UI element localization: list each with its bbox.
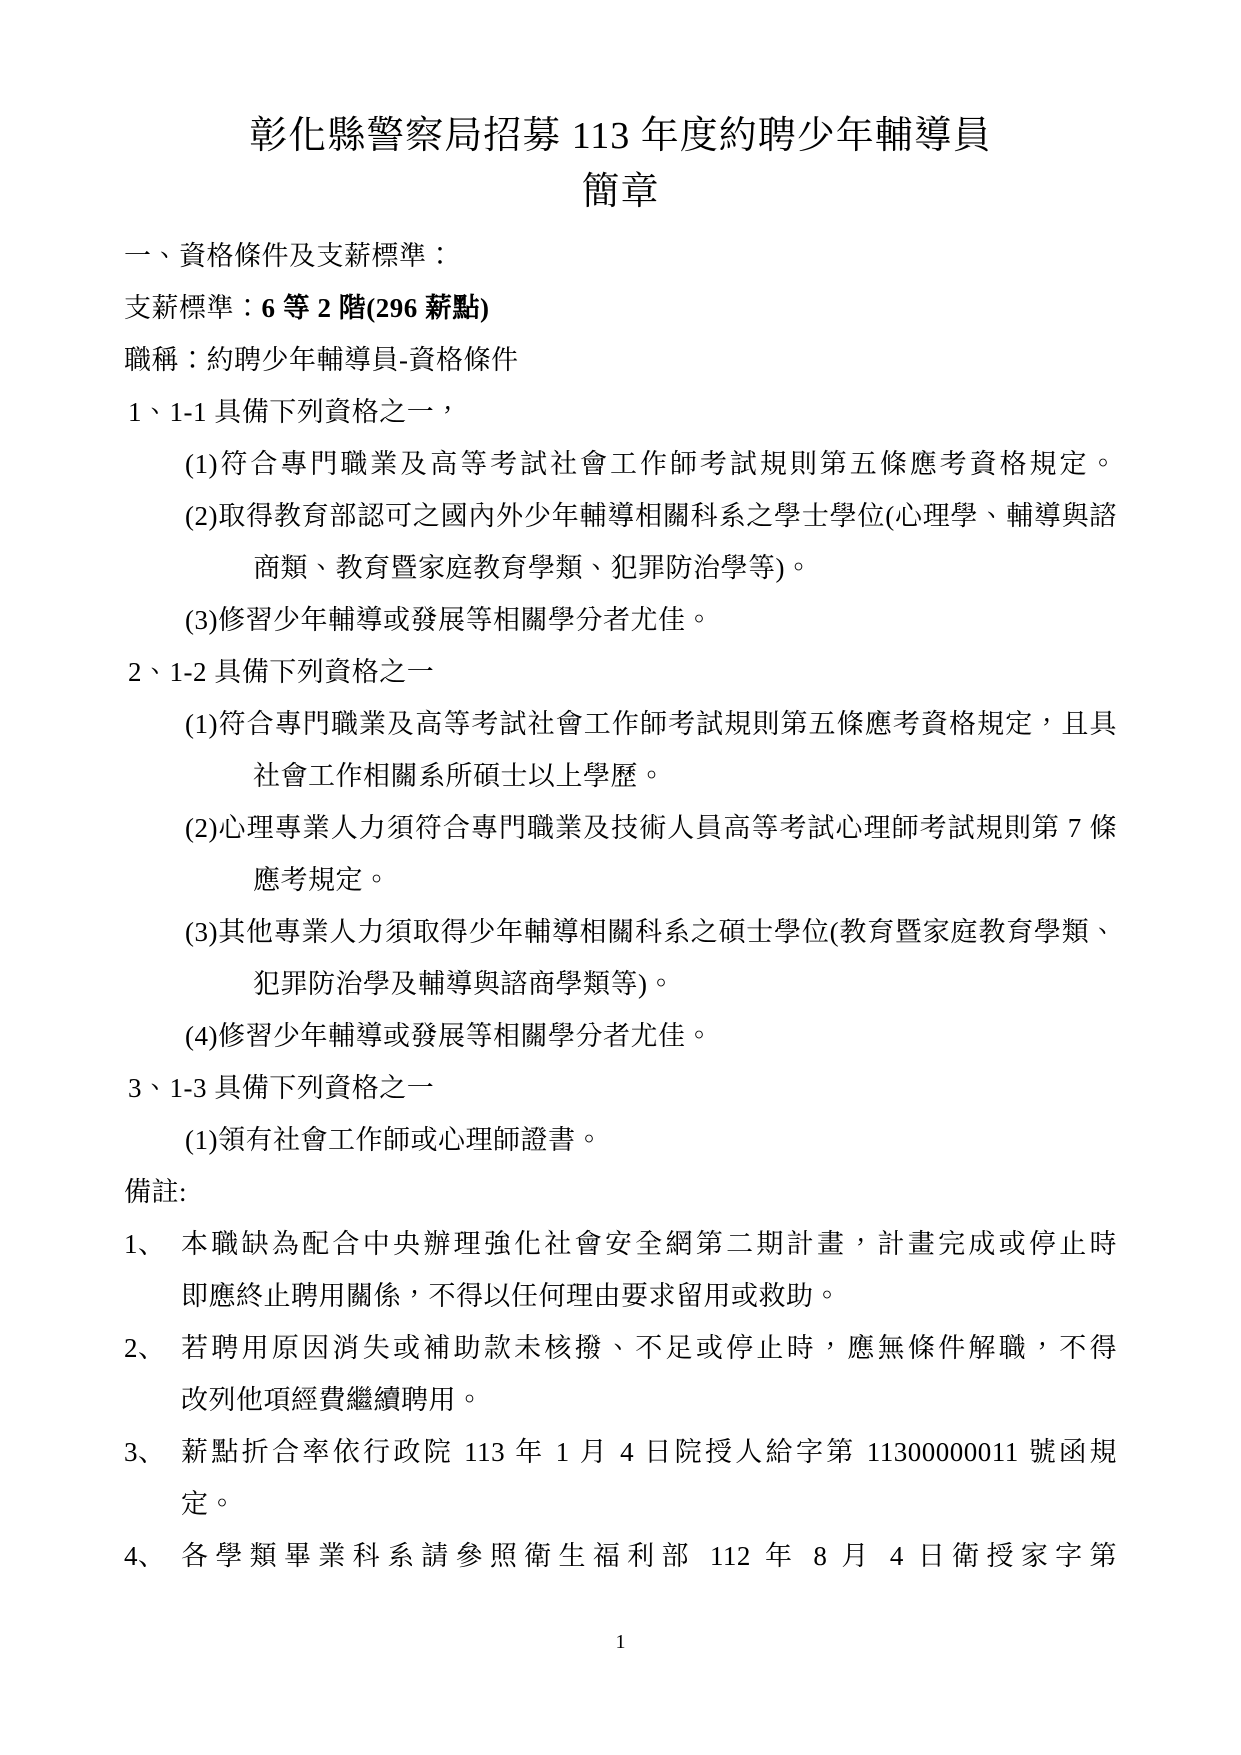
notes-heading: 備註: — [124, 1166, 1117, 1218]
note-number: 4、 — [124, 1530, 181, 1582]
qual-item: (1)符合專門職業及高等考試社會工作師考試規則第五條應考資格規定。 — [185, 438, 1117, 490]
note-continuation: 即應終止聘用關係，不得以任何理由要求留用或救助。 — [181, 1270, 1117, 1322]
page-number: 1 — [0, 1628, 1241, 1656]
qual-item-continuation: 商類、教育暨家庭教育學類、犯罪防治學等)。 — [253, 542, 1117, 594]
qual-group-3-header: 3、1-3 具備下列資格之一 — [128, 1062, 1117, 1114]
qual-item: (2)心理專業人力須符合專門職業及技術人員高等考試心理師考試規則第 7 條 — [185, 802, 1117, 854]
note-number: 2、 — [124, 1322, 181, 1374]
qual-item: (3)修習少年輔導或發展等相關學分者尤佳。 — [185, 594, 1117, 646]
salary-value: 6 等 2 階(296 薪點) — [262, 293, 490, 323]
qual-group-1-header: 1、1-1 具備下列資格之一， — [128, 386, 1117, 438]
note-item-3: 3、薪點折合率依行政院 113 年 1 月 4 日院授人給字第 11300000… — [124, 1426, 1117, 1478]
qual-item-continuation: 應考規定。 — [253, 854, 1117, 906]
job-title-line: 職稱：約聘少年輔導員-資格條件 — [124, 334, 1117, 386]
note-text: 薪點折合率依行政院 113 年 1 月 4 日院授人給字第 1130000001… — [181, 1426, 1117, 1478]
note-continuation: 定。 — [181, 1478, 1117, 1530]
note-continuation: 改列他項經費繼續聘用。 — [181, 1374, 1117, 1426]
qual-item: (3)其他專業人力須取得少年輔導相關科系之碩士學位(教育暨家庭教育學類、 — [185, 906, 1117, 958]
note-item-4: 4、各學類畢業科系請參照衛生福利部 112 年 8 月 4 日衛授家字第 — [124, 1530, 1117, 1582]
note-item-1: 1、本職缺為配合中央辦理強化社會安全網第二期計畫，計畫完成或停止時 — [124, 1218, 1117, 1270]
document-body: 一、資格條件及支薪標準： 支薪標準：6 等 2 階(296 薪點) 職稱：約聘少… — [124, 230, 1117, 1582]
note-number: 3、 — [124, 1426, 181, 1478]
document-page: 彰化縣警察局招募 113 年度約聘少年輔導員 簡章 一、資格條件及支薪標準： 支… — [0, 0, 1241, 1755]
salary-line: 支薪標準：6 等 2 階(296 薪點) — [124, 282, 1117, 334]
qual-item: (4)修習少年輔導或發展等相關學分者尤佳。 — [185, 1010, 1117, 1062]
qual-group-2-header: 2、1-2 具備下列資格之一 — [128, 646, 1117, 698]
qual-item: (1)符合專門職業及高等考試社會工作師考試規則第五條應考資格規定，且具 — [185, 698, 1117, 750]
title-line-2: 簡章 — [124, 164, 1117, 220]
qual-item: (2)取得教育部認可之國內外少年輔導相關科系之學士學位(心理學、輔導與諮 — [185, 490, 1117, 542]
note-number: 1、 — [124, 1218, 181, 1270]
note-item-2: 2、若聘用原因消失或補助款未核撥、不足或停止時，應無條件解職，不得 — [124, 1322, 1117, 1374]
qual-item-continuation: 犯罪防治學及輔導與諮商學類等)。 — [253, 958, 1117, 1010]
section-heading: 一、資格條件及支薪標準： — [124, 230, 1117, 282]
note-text: 各學類畢業科系請參照衛生福利部 112 年 8 月 4 日衛授家字第 — [181, 1530, 1117, 1582]
note-text: 本職缺為配合中央辦理強化社會安全網第二期計畫，計畫完成或停止時 — [181, 1218, 1117, 1270]
title-line-1: 彰化縣警察局招募 113 年度約聘少年輔導員 — [124, 108, 1117, 164]
salary-label: 支薪標準： — [124, 293, 262, 323]
qual-item: (1)領有社會工作師或心理師證書。 — [185, 1114, 1117, 1166]
qual-item-continuation: 社會工作相關系所碩士以上學歷。 — [253, 750, 1117, 802]
document-title: 彰化縣警察局招募 113 年度約聘少年輔導員 簡章 — [124, 108, 1117, 220]
note-text: 若聘用原因消失或補助款未核撥、不足或停止時，應無條件解職，不得 — [181, 1322, 1117, 1374]
